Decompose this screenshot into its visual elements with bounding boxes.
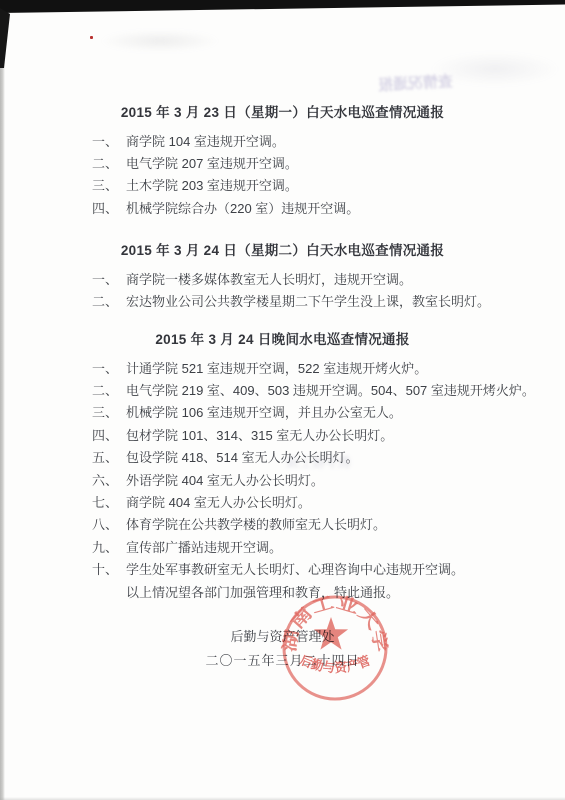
- item-text: 宣传部广播站违规开空调。: [126, 537, 282, 556]
- item-text: 包材学院 101、314、315 室无人办公长明灯。: [126, 425, 393, 444]
- scanner-top-edge: [0, 0, 565, 13]
- list-item: 一、 商学院 104 室违规开空调。: [0, 129, 565, 151]
- red-ink-speck: [90, 36, 93, 39]
- item-number: 三、: [92, 402, 126, 421]
- seal-bottom-text-wrap: 后勤与资产管理处: [263, 576, 372, 675]
- item-number: 一、: [92, 131, 126, 150]
- list-item: 三、 机械学院 106 室违规开空调，并且办公室无人。: [0, 401, 565, 423]
- item-list: 一、 商学院一楼多媒体教室无人长明灯，违规开空调。 二、 宏达物业公司公共教学楼…: [0, 260, 565, 312]
- scanner-left-corner-shadow: [0, 8, 10, 68]
- item-number: 二、: [92, 380, 126, 399]
- scan-smudge: [430, 52, 560, 86]
- item-text: 计通学院 521 室违规开空调，522 室违规开烤火炉。: [126, 358, 427, 377]
- item-number: 五、: [92, 447, 126, 466]
- scan-smudge: [100, 30, 220, 52]
- seal-bottom-text: 后勤与资产管理处: [263, 576, 372, 675]
- report-title-1: 2015 年 3 月 23 日（星期一）白天水电巡查情况通报: [0, 104, 565, 122]
- item-text: 电气学院 207 室违规开空调。: [126, 153, 298, 172]
- item-number: 四、: [92, 198, 126, 217]
- list-item: 二、 电气学院 219 室、409、503 违规开空调。504、507 室违规开…: [0, 378, 565, 400]
- item-number: 九、: [92, 537, 126, 556]
- list-item: 四、 包材学院 101、314、315 室无人办公长明灯。: [0, 423, 565, 445]
- list-item: 九、 宣传部广播站违规开空调。: [0, 535, 565, 557]
- item-number: 一、: [92, 269, 126, 288]
- official-seal: 湖南工业大学 后勤与资产管理处: [263, 576, 407, 720]
- item-text: 包设学院 418、514 室无人办公长明灯。: [126, 447, 359, 466]
- item-number: 二、: [92, 153, 126, 172]
- list-item: 一、 计通学院 521 室违规开空调，522 室违规开烤火炉。: [0, 356, 565, 378]
- list-item: 六、 外语学院 404 室无人办公长明灯。: [0, 468, 565, 490]
- list-item: 七、 商学院 404 室无人办公长明灯。: [0, 490, 565, 512]
- item-list: 一、 商学院 104 室违规开空调。 二、 电气学院 207 室违规开空调。 三…: [0, 122, 565, 219]
- item-text: 土木学院 203 室违规开空调。: [126, 175, 298, 194]
- report-section-3: 2015 年 3 月 24 日晚间水电巡查情况通报 一、 计通学院 521 室违…: [0, 331, 565, 580]
- item-list: 一、 计通学院 521 室违规开空调，522 室违规开烤火炉。 二、 电气学院 …: [0, 349, 565, 580]
- item-number: 四、: [92, 425, 126, 444]
- item-number: 七、: [92, 492, 126, 511]
- report-title-2: 2015 年 3 月 24 日（星期二）白天水电巡查情况通报: [0, 242, 565, 260]
- list-item: 五、 包设学院 418、514 室无人办公长明灯。: [0, 446, 565, 468]
- item-text: 机械学院综合办（220 室）违规开空调。: [126, 198, 359, 217]
- item-text: 机械学院 106 室违规开空调，并且办公室无人。: [126, 402, 402, 421]
- item-number: 三、: [92, 175, 126, 194]
- item-text: 体育学院在公共教学楼的教师室无人长明灯。: [126, 514, 386, 533]
- list-item: 四、 机械学院综合办（220 室）违规开空调。: [0, 196, 565, 218]
- item-number: 八、: [92, 514, 126, 533]
- scanner-left-edge: [0, 10, 5, 800]
- list-item: 二、 宏达物业公司公共教学楼星期二下午学生没上课，教室长明灯。: [0, 289, 565, 311]
- item-text: 商学院一楼多媒体教室无人长明灯，违规开空调。: [126, 269, 412, 288]
- item-number: 十、: [92, 559, 126, 578]
- seal-star-icon: [314, 617, 348, 650]
- report-section-1: 2015 年 3 月 23 日（星期一）白天水电巡查情况通报 一、 商学院 10…: [0, 104, 565, 219]
- item-number: 一、: [92, 358, 126, 377]
- item-number: 二、: [92, 291, 126, 310]
- item-text: 外语学院 404 室无人办公长明灯。: [126, 470, 324, 489]
- report-section-2: 2015 年 3 月 24 日（星期二）白天水电巡查情况通报 一、 商学院一楼多…: [0, 242, 565, 312]
- item-text: 宏达物业公司公共教学楼星期二下午学生没上课，教室长明灯。: [126, 291, 490, 310]
- report-title-3: 2015 年 3 月 24 日晚间水电巡查情况通报: [0, 331, 565, 349]
- list-item: 八、 体育学院在公共教学楼的教师室无人长明灯。: [0, 513, 565, 535]
- list-item: 三、 土木学院 203 室违规开空调。: [0, 174, 565, 196]
- item-text: 商学院 404 室无人办公长明灯。: [126, 492, 311, 511]
- item-text: 电气学院 219 室、409、503 违规开空调。504、507 室违规开烤火炉…: [126, 380, 535, 399]
- item-text: 商学院 104 室违规开空调。: [126, 131, 285, 150]
- list-item: 一、 商学院一楼多媒体教室无人长明灯，违规开空调。: [0, 267, 565, 289]
- item-number: 六、: [92, 470, 126, 489]
- list-item: 二、 电气学院 207 室违规开空调。: [0, 151, 565, 173]
